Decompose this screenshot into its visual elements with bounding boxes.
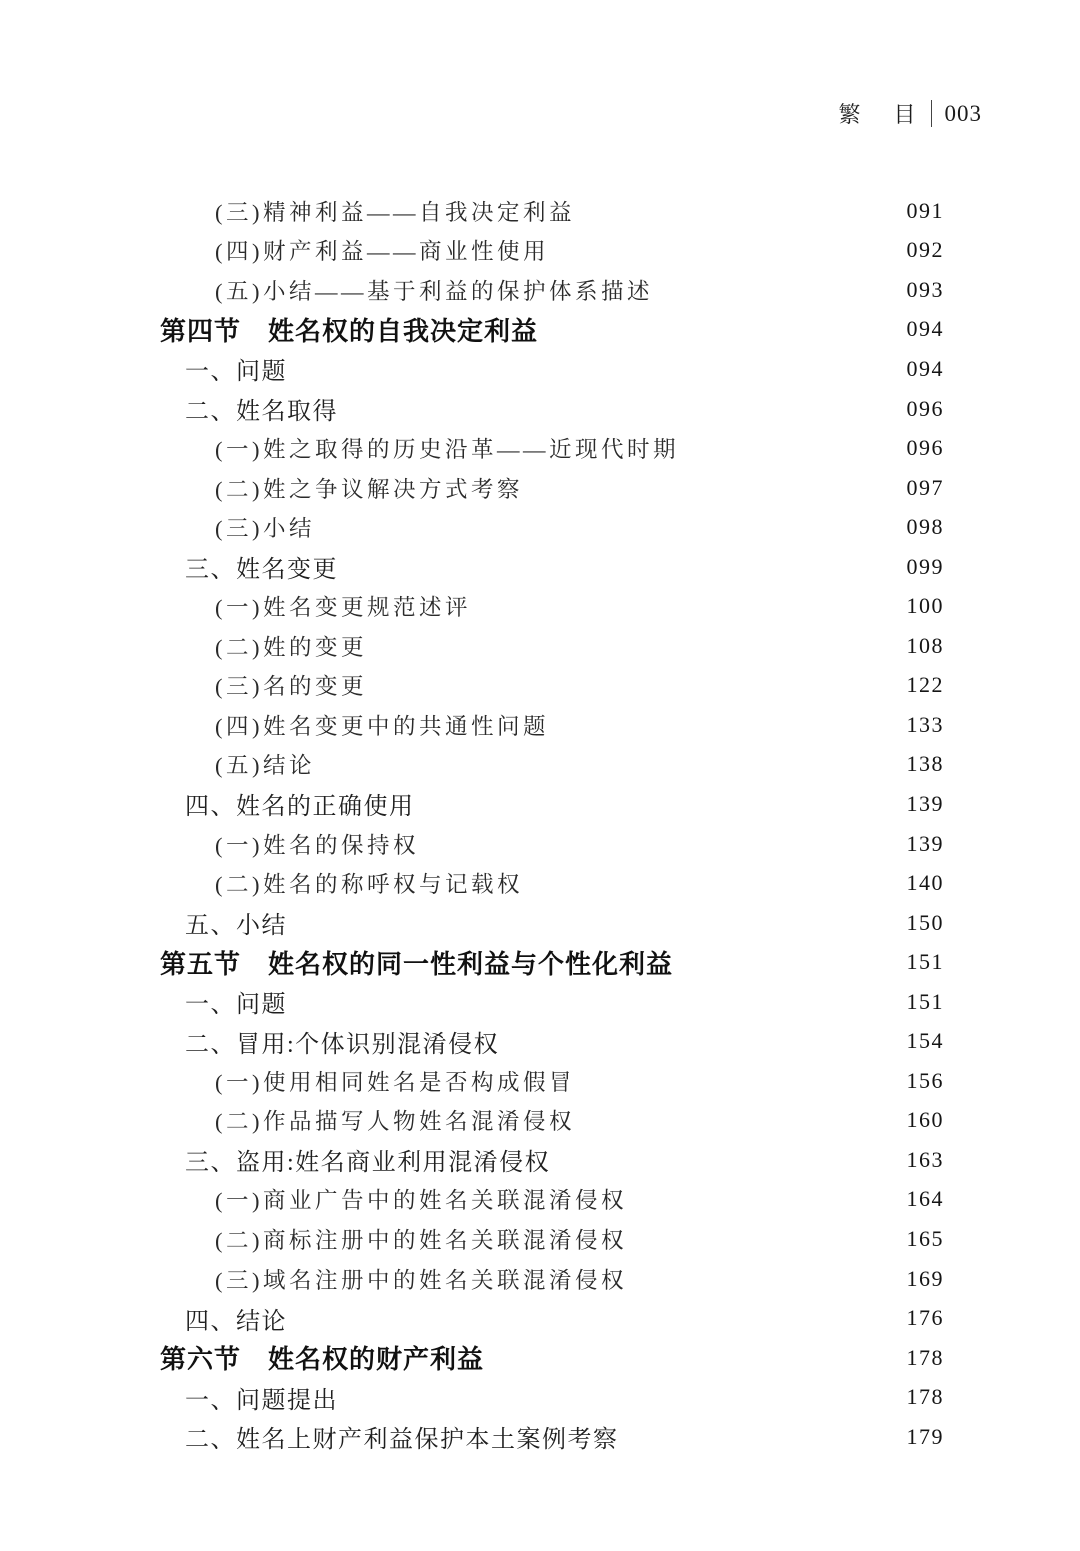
toc-entry: 四、结论176 <box>160 1298 944 1338</box>
toc-entry: 二、姓名上财产利益保护本土案例考察179 <box>160 1417 944 1457</box>
toc-entry-title: (五)结论 <box>160 748 315 780</box>
toc-entry: (三)名的变更122 <box>160 666 944 706</box>
toc-entry-page: 179 <box>907 1424 945 1450</box>
toc-entry: 三、盗用:姓名商业利用混淆侵权163 <box>160 1140 944 1180</box>
toc-entry-page: 164 <box>907 1186 945 1212</box>
toc-entry: (三)小结098 <box>160 507 944 547</box>
toc-entry-page: 094 <box>907 356 945 382</box>
toc-entry-title: 一、问题 <box>160 984 287 1019</box>
toc-entry: 一、问题提出178 <box>160 1377 944 1417</box>
toc-entry-title: (二)姓的变更 <box>160 630 367 662</box>
toc-entry-page: 108 <box>907 633 945 659</box>
toc-entry-page: 091 <box>907 198 945 224</box>
toc-entry: (一)使用相同姓名是否构成假冒156 <box>160 1061 944 1101</box>
toc-entry-page: 160 <box>907 1107 945 1133</box>
toc-entry-page: 133 <box>907 712 945 738</box>
toc-entry-title: (一)商业广告中的姓名关联混淆侵权 <box>160 1183 627 1215</box>
toc-entry: (二)姓的变更108 <box>160 626 944 666</box>
toc-entry-page: 094 <box>907 316 945 342</box>
header-page-number: 003 <box>945 101 983 127</box>
toc-entry-title: 第四节 姓名权的自我决定利益 <box>160 311 538 348</box>
toc-entry: (二)姓之争议解决方式考察097 <box>160 468 944 508</box>
toc-entry: 一、问题094 <box>160 349 944 389</box>
toc-entry-title: 一、问题提出 <box>160 1380 338 1415</box>
toc-entry-title: (二)作品描写人物姓名混淆侵权 <box>160 1104 575 1136</box>
toc-entry-title: (一)姓名变更规范述评 <box>160 590 471 622</box>
toc-entry-title: 二、姓名取得 <box>160 391 338 426</box>
page-header: 繁 目 003 <box>838 98 982 129</box>
toc-entry: (一)姓名的保持权139 <box>160 824 944 864</box>
toc-entry: 三、姓名变更099 <box>160 547 944 587</box>
toc-entry-page: 100 <box>907 593 945 619</box>
toc-entry: 第四节 姓名权的自我决定利益094 <box>160 310 944 350</box>
toc-entry-page: 151 <box>907 989 945 1015</box>
toc-entry-title: 二、姓名上财产利益保护本土案例考察 <box>160 1419 619 1454</box>
toc-entry-page: 097 <box>907 475 945 501</box>
toc-entry-title: 五、小结 <box>160 905 287 940</box>
toc-entry-page: 099 <box>907 554 945 580</box>
toc-entry-title: (四)财产利益——商业性使用 <box>160 234 549 266</box>
toc-entry: (二)作品描写人物姓名混淆侵权160 <box>160 1101 944 1141</box>
header-label-right: 目 <box>893 98 916 129</box>
toc-entry: (三)精神利益——自我决定利益091 <box>160 191 944 231</box>
toc-entry: (三)域名注册中的姓名关联混淆侵权169 <box>160 1259 944 1299</box>
toc-entry-page: 178 <box>907 1345 945 1371</box>
toc-entry-title: (三)小结 <box>160 511 315 543</box>
toc-page: 繁 目 003 (三)精神利益——自我决定利益091(四)财产利益——商业性使用… <box>0 0 1080 1551</box>
toc-entry: (五)结论138 <box>160 745 944 785</box>
toc-entry-page: 163 <box>907 1147 945 1173</box>
toc-entry-title: 第六节 姓名权的财产利益 <box>160 1339 484 1376</box>
toc-entry-page: 156 <box>907 1068 945 1094</box>
toc-entry: 第六节 姓名权的财产利益178 <box>160 1338 944 1378</box>
toc-entry-title: 第五节 姓名权的同一性利益与个性化利益 <box>160 944 673 981</box>
toc-entry-title: (三)域名注册中的姓名关联混淆侵权 <box>160 1263 627 1295</box>
toc-entry-page: 150 <box>907 910 945 936</box>
toc-entry-page: 092 <box>907 237 945 263</box>
toc-entry: (一)姓名变更规范述评100 <box>160 586 944 626</box>
toc-entry-page: 151 <box>907 949 945 975</box>
toc-entry: 二、冒用:个体识别混淆侵权154 <box>160 1021 944 1061</box>
toc-entry-page: 176 <box>907 1305 945 1331</box>
toc-entry-title: (三)精神利益——自我决定利益 <box>160 195 575 227</box>
header-label-left: 繁 <box>838 98 861 129</box>
toc-entry-title: 二、冒用:个体识别混淆侵权 <box>160 1024 499 1059</box>
toc-entry-title: (五)小结——基于利益的保护体系描述 <box>160 274 653 306</box>
toc-entry-page: 093 <box>907 277 945 303</box>
toc-entry-title: (一)姓名的保持权 <box>160 828 419 860</box>
toc-entry: (二)商标注册中的姓名关联混淆侵权165 <box>160 1219 944 1259</box>
toc-entry-title: (四)姓名变更中的共通性问题 <box>160 709 549 741</box>
toc-entry-page: 096 <box>907 435 945 461</box>
toc-entry-title: 四、结论 <box>160 1301 287 1336</box>
toc-entry-title: (二)姓之争议解决方式考察 <box>160 472 523 504</box>
toc-entry-page: 169 <box>907 1266 945 1292</box>
toc-entry: 第五节 姓名权的同一性利益与个性化利益151 <box>160 942 944 982</box>
toc-entry-page: 098 <box>907 514 945 540</box>
toc-entry-page: 165 <box>907 1226 945 1252</box>
toc-entry-page: 178 <box>907 1384 945 1410</box>
toc-entry-page: 122 <box>907 672 945 698</box>
toc-entry-title: (一)姓之取得的历史沿革——近现代时期 <box>160 432 679 464</box>
toc-entry-title: 四、姓名的正确使用 <box>160 786 415 821</box>
toc-entry: 二、姓名取得096 <box>160 389 944 429</box>
toc-entry: 一、问题151 <box>160 982 944 1022</box>
header-divider <box>931 100 932 127</box>
toc-entry: (一)姓之取得的历史沿革——近现代时期096 <box>160 428 944 468</box>
toc-entry: (二)姓名的称呼权与记载权140 <box>160 863 944 903</box>
toc-entry-title: 一、问题 <box>160 351 287 386</box>
toc-entry-title: (二)姓名的称呼权与记载权 <box>160 867 523 899</box>
toc-entry-page: 139 <box>907 791 945 817</box>
toc-entry: (一)商业广告中的姓名关联混淆侵权164 <box>160 1180 944 1220</box>
toc-entry-page: 154 <box>907 1028 945 1054</box>
toc-entry: 四、姓名的正确使用139 <box>160 784 944 824</box>
toc-entry-page: 139 <box>907 831 945 857</box>
toc-entry-page: 140 <box>907 870 945 896</box>
toc-entry-title: (二)商标注册中的姓名关联混淆侵权 <box>160 1223 627 1255</box>
toc-entry: 五、小结150 <box>160 903 944 943</box>
toc-list: (三)精神利益——自我决定利益091(四)财产利益——商业性使用092(五)小结… <box>160 191 944 1457</box>
toc-entry-page: 138 <box>907 751 945 777</box>
toc-entry-title: 三、盗用:姓名商业利用混淆侵权 <box>160 1142 550 1177</box>
toc-entry: (四)姓名变更中的共通性问题133 <box>160 705 944 745</box>
toc-entry: (四)财产利益——商业性使用092 <box>160 231 944 271</box>
toc-entry-title: (三)名的变更 <box>160 669 367 701</box>
toc-entry-page: 096 <box>907 396 945 422</box>
toc-entry: (五)小结——基于利益的保护体系描述093 <box>160 270 944 310</box>
toc-entry-title: 三、姓名变更 <box>160 549 338 584</box>
toc-entry-title: (一)使用相同姓名是否构成假冒 <box>160 1065 575 1097</box>
